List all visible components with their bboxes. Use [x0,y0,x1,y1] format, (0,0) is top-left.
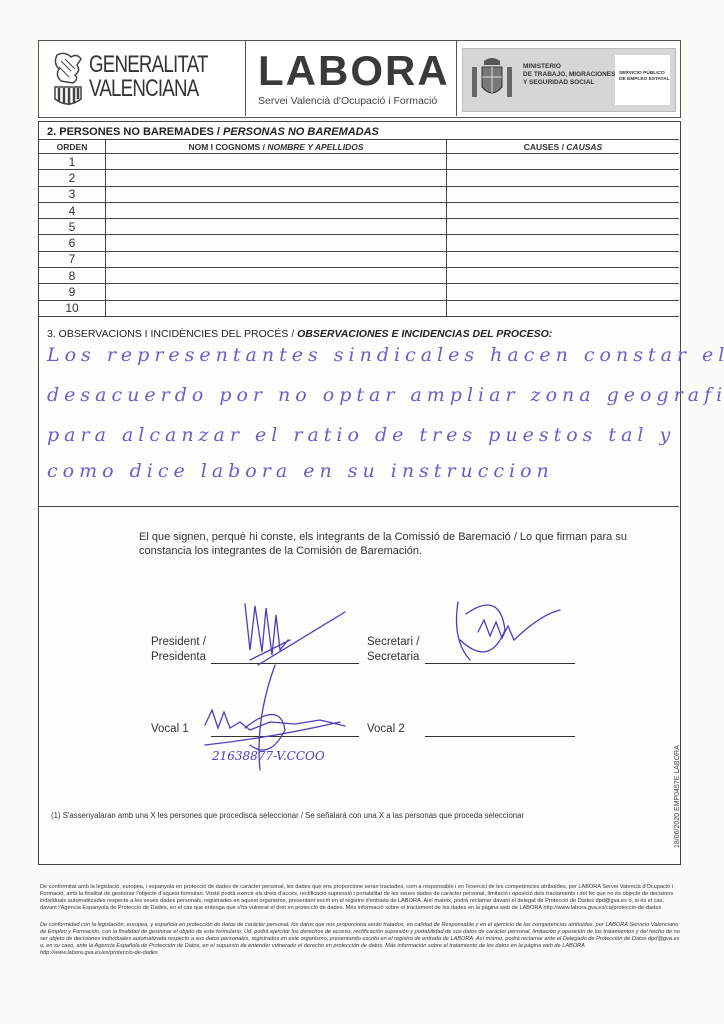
observation-line-1: Los representantes sindicales hacen cons… [47,344,724,366]
row-causas-field[interactable] [447,154,680,170]
row-nombre-field[interactable] [106,186,447,202]
secretari-signature-line [425,663,575,664]
table-row: 10 [39,300,679,316]
row-nombre-field[interactable] [106,268,447,284]
sepe-name: SERVICIO PÚBLICO DE EMPLEO ESTATAL [619,71,670,83]
generalitat-logo: GENERALITAT VALENCIANA [39,41,237,116]
section-divider [39,506,679,507]
form-code-vertical: 18/06/2020 EMP0457E LABORA [674,745,681,848]
sepe-logo: SERVICIO PÚBLICO DE EMPLEO ESTATAL [615,55,670,105]
column-header-orden: ORDEN [39,140,106,154]
labora-logo: LABORA Servei Valencià d'Ocupació i Form… [245,41,457,116]
table-row: 6 [39,235,679,251]
generalitat-line1: GENERALITAT [89,53,208,77]
row-causas-field[interactable] [447,268,680,284]
privacy-notice-spanish: De conformidad con la legislación, europ… [40,922,680,957]
row-causas-field[interactable] [447,235,680,251]
section3-title-ca: 3. OBSERVACIONS I INCIDÈNCIES DEL PROCÉS… [47,328,297,340]
table-row: 9 [39,284,679,300]
president-label: President / Presidenta [151,635,206,665]
row-causas-field[interactable] [447,284,680,300]
row-orden: 3 [39,186,106,202]
section3-title: 3. OBSERVACIONS I INCIDÈNCIES DEL PROCÉS… [47,328,552,340]
row-orden: 9 [39,284,106,300]
unscored-persons-table: ORDEN NOM I COGNOMS / NOMBRE Y APELLIDOS… [39,139,679,317]
causas-header-es: CAUSAS [566,142,602,152]
section2-title-es: PERSONAS NO BAREMADAS [223,126,379,138]
ministry-logo: MINISTERIO DE TRABAJO, MIGRACIONES Y SEG… [462,48,676,112]
column-header-causas: CAUSES / CAUSAS [447,140,680,154]
row-causas-field[interactable] [447,186,680,202]
nombre-header-ca: NOM I COGNOMS / [188,142,267,152]
vocal2-label: Vocal 2 [367,722,405,737]
section3-title-es: OBSERVACIONES E INCIDENCIAS DEL PROCESO: [297,328,552,340]
causas-header-ca: CAUSES / [524,142,567,152]
row-nombre-field[interactable] [106,202,447,218]
row-orden: 1 [39,154,106,170]
privacy-notice-catalan: De conformitat amb la legislació, europe… [40,884,680,912]
document-header: GENERALITAT VALENCIANA LABORA Servei Val… [38,40,681,118]
observation-line-2: desacuerdo por no optar ampliar zona geo… [47,384,724,406]
row-nombre-field[interactable] [106,154,447,170]
row-orden: 8 [39,268,106,284]
row-orden: 4 [39,202,106,218]
row-orden: 5 [39,219,106,235]
row-orden: 10 [39,300,106,316]
section2-title: 2. PERSONES NO BAREMADES / PERSONAS NO B… [47,126,379,138]
table-row: 4 [39,202,679,218]
column-header-nombre: NOM I COGNOMS / NOMBRE Y APELLIDOS [106,140,447,154]
signature-intro-text: El que signen, perquè hi conste, els int… [139,530,659,558]
row-nombre-field[interactable] [106,284,447,300]
row-nombre-field[interactable] [106,251,447,267]
table-row: 1 [39,154,679,170]
section2-title-ca: 2. PERSONES NO BAREMADES / [47,126,223,138]
table-row: 2 [39,170,679,186]
table-row: 3 [39,186,679,202]
table-row: 7 [39,251,679,267]
row-causas-field[interactable] [447,202,680,218]
secretari-label: Secretari / Secretaria [367,635,419,665]
generalitat-emblem-icon [51,51,85,109]
row-orden: 6 [39,235,106,251]
generalitat-line2: VALENCIANA [89,77,208,101]
row-causas-field[interactable] [447,170,680,186]
table-header-row: ORDEN NOM I COGNOMS / NOMBRE Y APELLIDOS… [39,140,679,154]
labora-subtitle: Servei Valencià d'Ocupació i Formació [258,95,437,107]
row-causas-field[interactable] [447,219,680,235]
labora-wordmark: LABORA [258,47,450,95]
vocal1-signature-line [211,736,359,737]
row-nombre-field[interactable] [106,219,447,235]
ministry-name: MINISTERIO DE TRABAJO, MIGRACIONES Y SEG… [523,63,615,87]
president-signature-line [211,663,359,664]
vocal1-label: Vocal 1 [151,722,189,737]
spain-coat-of-arms-icon [470,55,514,105]
row-nombre-field[interactable] [106,170,447,186]
row-orden: 7 [39,251,106,267]
footnote: (1) S'assenyalaran amb una X les persone… [51,811,524,820]
row-nombre-field[interactable] [106,235,447,251]
generalitat-wordmark: GENERALITAT VALENCIANA [89,53,208,101]
vocal2-signature-line [425,736,575,737]
row-orden: 2 [39,170,106,186]
nombre-header-es: NOMBRE Y APELLIDOS [267,142,363,152]
row-causas-field[interactable] [447,300,680,316]
row-causas-field[interactable] [447,251,680,267]
form-body: 2. PERSONES NO BAREMADES / PERSONAS NO B… [38,121,681,865]
row-nombre-field[interactable] [106,300,447,316]
table-row: 5 [39,219,679,235]
table-row: 8 [39,268,679,284]
observation-line-3: para alcanzar el ratio de tres puestos t… [47,424,675,446]
observation-line-4: como dice labora en su instruccion [47,460,554,482]
